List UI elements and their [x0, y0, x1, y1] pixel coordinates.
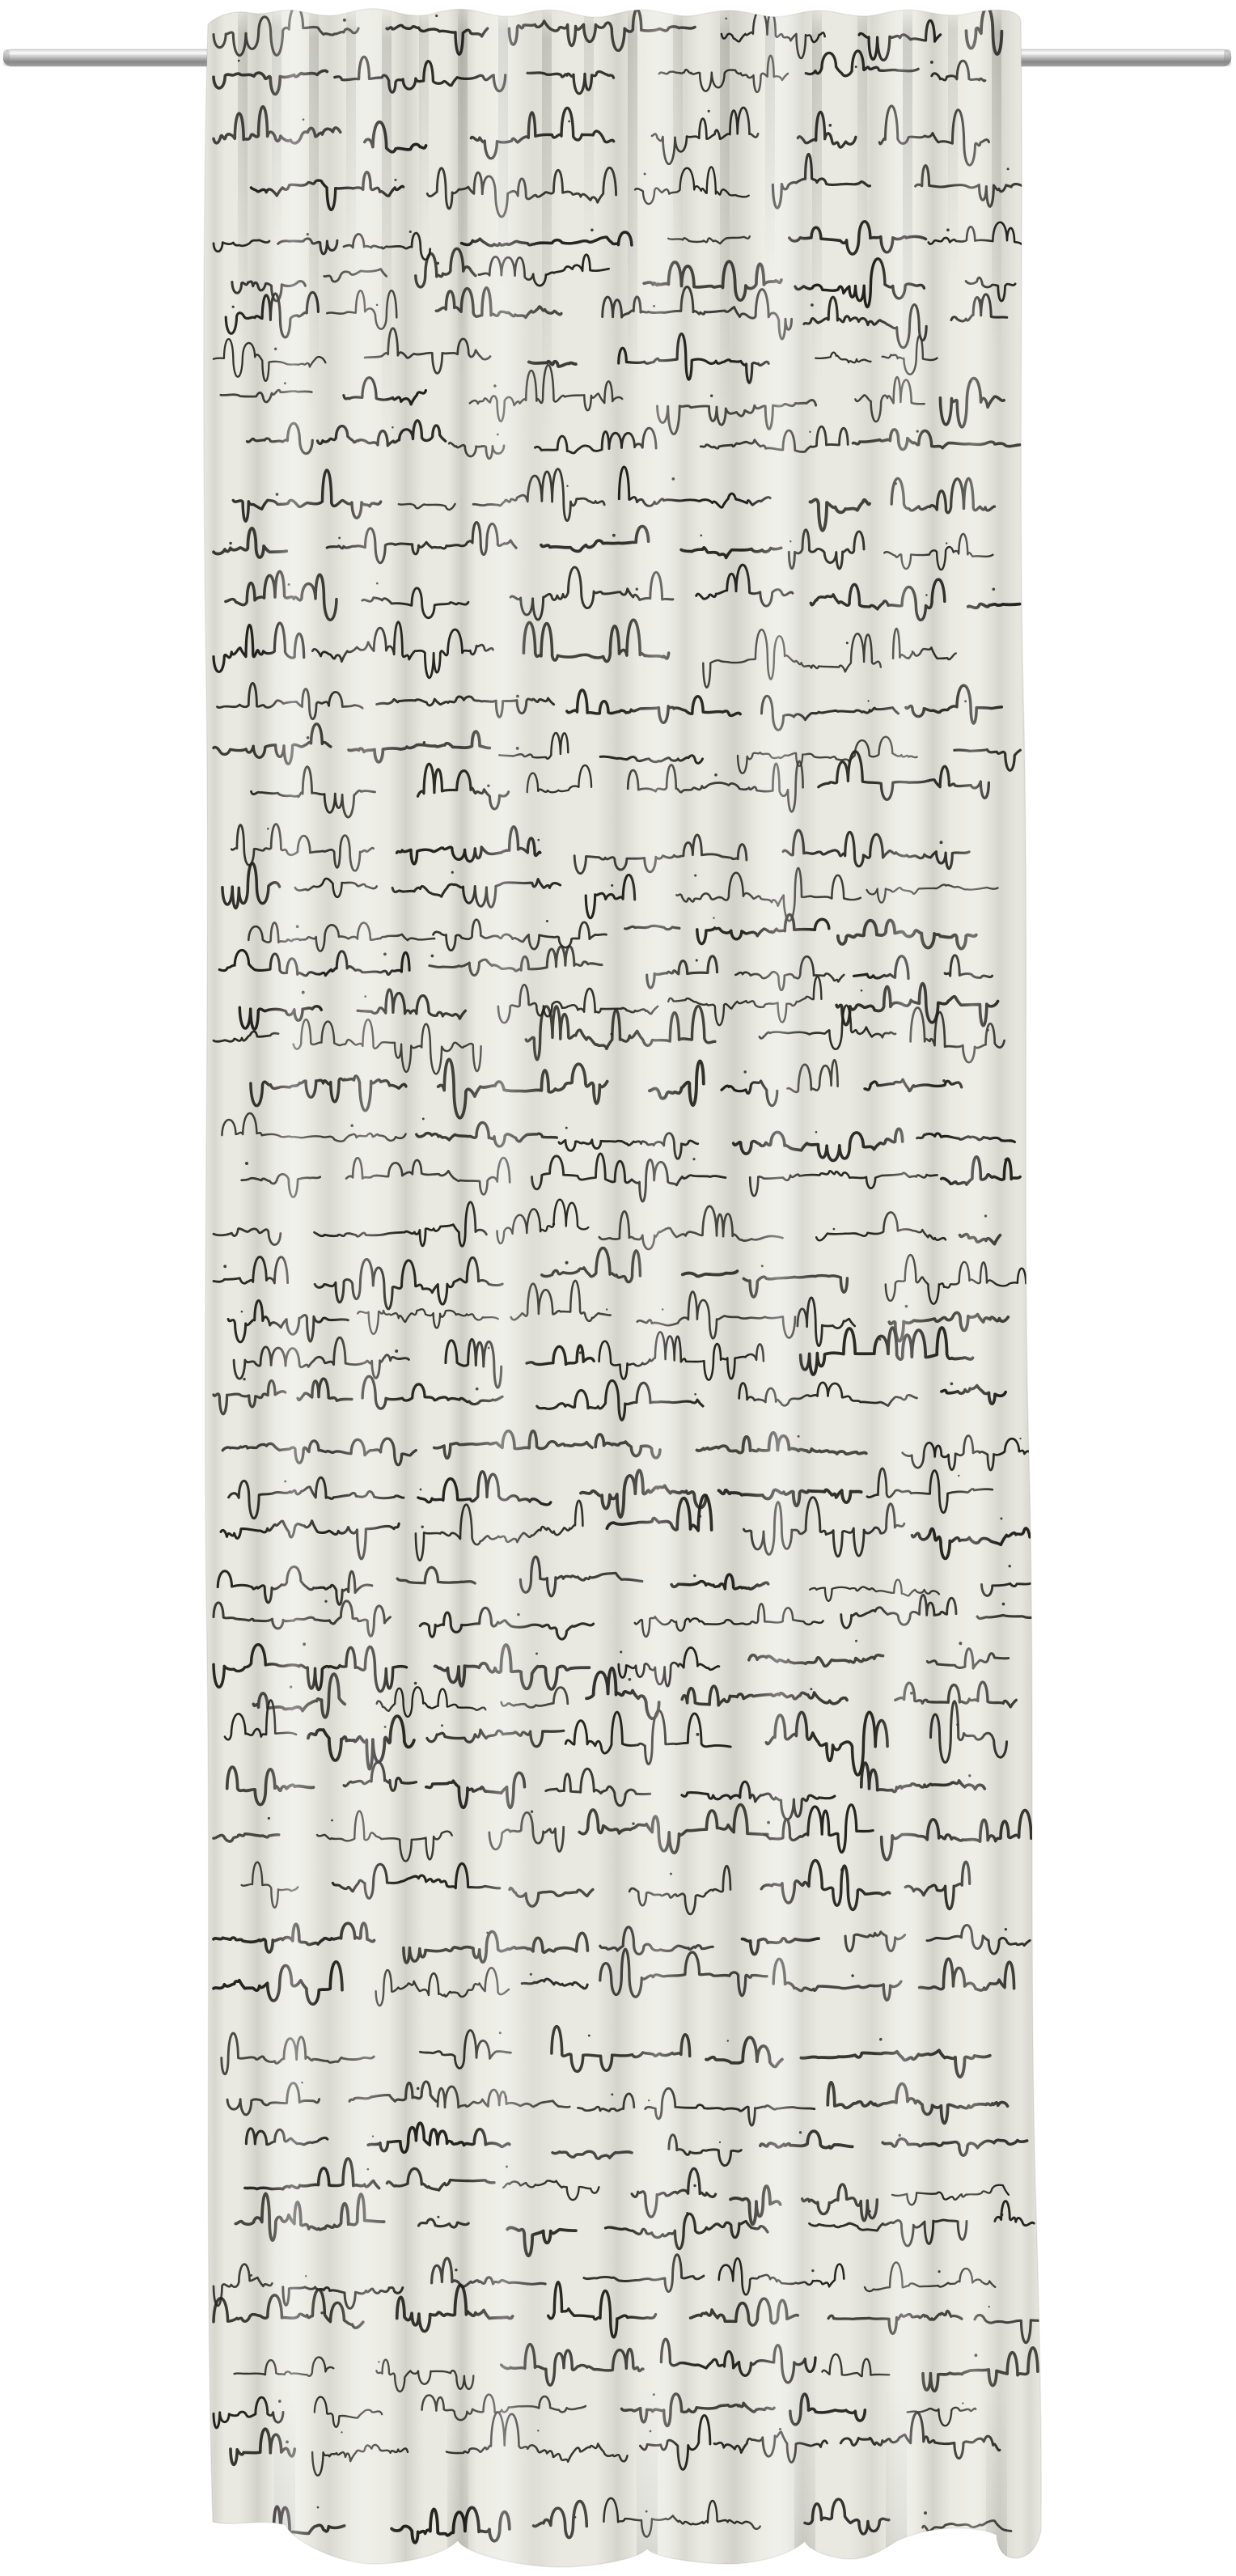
product-photo — [0, 0, 1236, 2576]
rod-end-cap-right — [1224, 49, 1231, 66]
curtain-panel — [204, 6, 1044, 2569]
fabric-folds-shading — [204, 6, 1042, 2569]
curtain-product-image — [0, 0, 1236, 2576]
rod-end-cap-left — [3, 49, 10, 66]
